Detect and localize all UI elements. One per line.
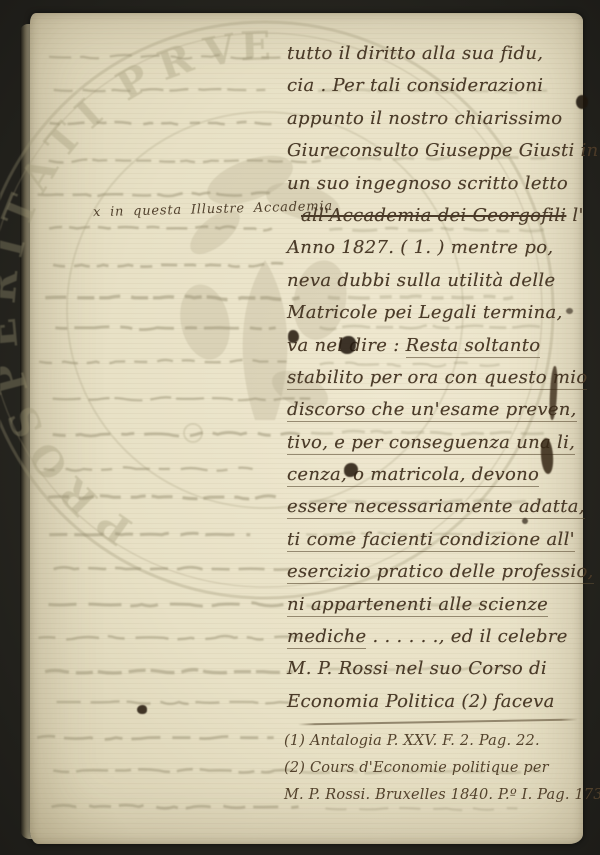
manuscript-line: appunto il nostro chiarissimo <box>287 103 580 135</box>
underlined-quote-text: ti come facienti condizione all' <box>287 529 575 552</box>
bleed-line <box>38 636 300 640</box>
manuscript-photo: P R O S P E R I T A T I P R V E x in que… <box>0 0 600 855</box>
footnotes: (1) Antalogia P. XXV. F. 2. Pag. 22. (2)… <box>284 728 584 809</box>
ink-blot <box>576 95 588 109</box>
strikethrough-text: all'Accademia dei Georgofili <box>301 205 566 226</box>
bleed-line <box>37 736 273 739</box>
underlined-quote-text: discorso che un'esame preven, <box>287 399 577 422</box>
bleed-line <box>49 160 321 163</box>
manuscript-line: Giureconsulto Giuseppe Giusti in <box>287 135 580 167</box>
manuscript-line: un suo ingegnoso scritto letto <box>287 168 580 200</box>
bleed-line <box>52 805 299 808</box>
bleed-line <box>53 263 291 267</box>
ink-speck <box>566 308 573 314</box>
ink-blot <box>288 330 299 343</box>
line-text: neva dubbi sulla utilità delle <box>287 270 555 291</box>
bleed-line <box>44 467 253 470</box>
bleed-line <box>45 670 293 673</box>
bleed-line <box>53 432 300 436</box>
manuscript-line: Economia Politica (2) faceva <box>287 686 580 718</box>
underlined-quote-text: essere necessariamente adatta, <box>287 496 585 519</box>
ink-speck <box>522 518 528 524</box>
ink-blot <box>339 336 356 354</box>
manuscript-line: va nel dire : Resta soltanto <box>287 330 580 362</box>
line-text: Anno 1827. ( 1. ) mentre po, <box>287 237 553 258</box>
underlined-quote-text: Resta soltanto <box>406 335 541 358</box>
ink-blot <box>137 705 147 714</box>
line-text: cia . Per tali considerazioni <box>287 75 543 96</box>
manuscript-line: discorso che un'esame preven, <box>287 394 580 426</box>
bleed-line <box>38 193 276 197</box>
underlined-quote-text: esercizio pratico delle professio, <box>287 561 594 584</box>
bleed-line <box>54 567 292 569</box>
footnote-line: (2) Cours d'Economie politique per <box>284 755 584 782</box>
footnote-line: (1) Antalogia P. XXV. F. 2. Pag. 22. <box>284 728 584 755</box>
line-text: Economia Politica (2) faceva <box>287 691 555 712</box>
underlined-quote-text: mediche <box>287 626 366 649</box>
line-text: appunto il nostro chiarissimo <box>287 108 562 129</box>
manuscript-line: cia . Per tali considerazioni <box>287 70 580 102</box>
bleed-line <box>45 296 299 299</box>
bleed-line <box>50 122 281 125</box>
bleed-line <box>53 769 298 772</box>
manuscript-line: cenza, o matricola, devono <box>287 459 580 491</box>
line-text: tutto il diritto alla sua fidu, <box>287 43 543 64</box>
line-text: un suo ingegnoso scritto letto <box>287 173 568 194</box>
bleed-line <box>57 701 300 703</box>
bleed-line <box>49 603 284 606</box>
manuscript-line: all'Accademia dei Georgofili l' <box>287 200 580 232</box>
underlined-quote-text: stabilito per ora con questo mio <box>287 367 587 390</box>
line-text: Matricole pei Legali termina, <box>287 302 563 323</box>
manuscript-line: ti come facienti condizione all' <box>287 524 580 556</box>
manuscript-line: stabilito per ora con questo mio <box>287 362 580 394</box>
bleed-line <box>49 533 250 535</box>
manuscript-line: tivo, e per conseguenza una li, <box>287 427 580 459</box>
line-text: M. P. Rossi nel suo Corso di <box>287 658 547 679</box>
bleed-line <box>54 89 266 91</box>
bleed-line <box>49 55 287 59</box>
underlined-quote-text: cenza, o matricola, devono <box>287 464 539 487</box>
manuscript-text-column: tutto il diritto alla sua fidu, cia . Pe… <box>287 38 580 718</box>
manuscript-line: mediche . . . . . ., ed il celebre <box>287 621 580 653</box>
bleed-line <box>48 496 277 499</box>
bleed-line <box>39 360 286 364</box>
line-text: Giureconsulto Giuseppe Giusti in <box>287 140 599 161</box>
manuscript-line: esercizio pratico delle professio, <box>287 556 580 588</box>
underlined-quote-text: tivo, e per conseguenza una li, <box>287 432 575 455</box>
manuscript-line: Anno 1827. ( 1. ) mentre po, <box>287 232 580 264</box>
manuscript-line: ni appartenenti alle scienze <box>287 589 580 621</box>
underlined-quote-text: ni appartenenti alle scienze <box>287 594 548 617</box>
manuscript-line: M. P. Rossi nel suo Corso di <box>287 653 580 685</box>
line-text: l' <box>566 205 583 226</box>
manuscript-line: neva dubbi sulla utilità delle <box>287 265 580 297</box>
manuscript-line: essere necessariamente adatta, <box>287 491 580 523</box>
bleed-line <box>53 397 311 400</box>
bleed-line <box>55 327 275 330</box>
manuscript-line: Matricole pei Legali termina, <box>287 297 580 329</box>
footnote-line: M. P. Rossi. Bruxelles 1840. P.º I. Pag.… <box>284 782 584 809</box>
bleed-line <box>49 227 272 231</box>
manuscript-line: tutto il diritto alla sua fidu, <box>287 38 580 70</box>
line-text: . . . . . ., ed il celebre <box>366 626 567 647</box>
